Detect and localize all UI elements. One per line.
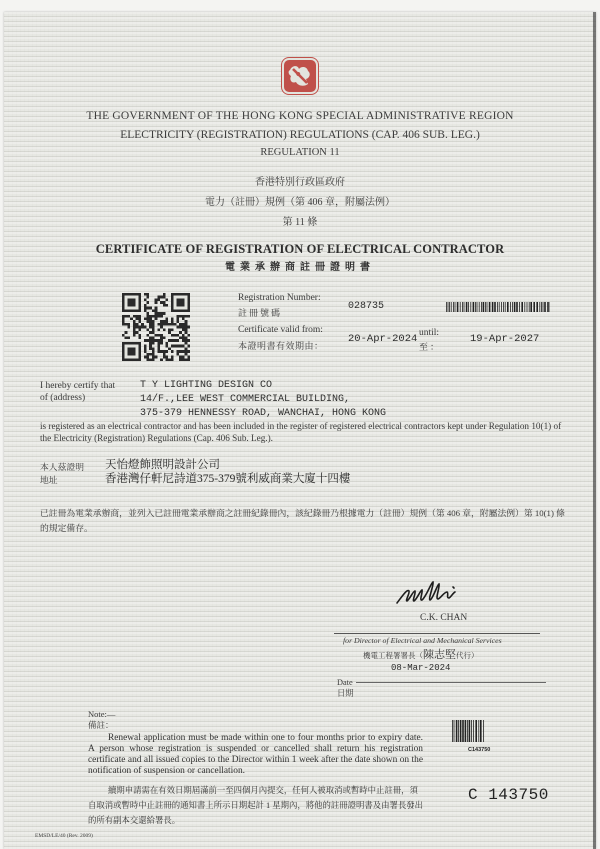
signatory-title-zh-suffix: 代行） (456, 651, 479, 660)
certify-labels-zh: 本人茲證明 地址 (40, 461, 84, 487)
regulation-heading-zh: 第 11 條 (0, 213, 600, 228)
date-line (356, 682, 546, 683)
issue-date: 08-Mar-2024 (391, 663, 450, 673)
ordinance-heading-zh: 電力（註冊）規例（第 406 章，附屬法例） (0, 193, 600, 208)
registration-number-label-zh: 註冊號碼 (238, 306, 282, 319)
date-labels: Date 日期 (337, 677, 354, 699)
valid-from-label-zh: 本證明書有效期由： (238, 339, 324, 352)
certify-label-zh: 本人茲證明 (40, 461, 84, 474)
signatory-title: for Director of Electrical and Mechanica… (343, 636, 502, 645)
registration-statement-zh: 已註冊為電業承辦商，並列入已註冊電業承辦商之註冊紀錄冊內，該紀錄冊乃根據電力（註… (40, 506, 565, 536)
note-text-zh: 續期申請需在有效日期屆滿前一至四個月內提交，任何人被取消或暫時中止註冊，須自取消… (88, 783, 423, 828)
ordinance-heading: ELECTRICITY (REGISTRATION) REGULATIONS (… (0, 129, 600, 141)
signatory-title-zh: 機電工程署署長（陳志堅代行） (363, 646, 479, 662)
until-label: until: (419, 328, 439, 338)
signatory-name-zh: 陳志堅 (423, 649, 456, 661)
barcode-icon (446, 302, 550, 312)
regulation-heading: REGULATION 11 (0, 147, 600, 158)
address-label-zh: 地址 (40, 474, 84, 487)
address-label: of (address) (40, 392, 115, 404)
serial-barcode-icon (452, 720, 485, 742)
valid-from-label: Certificate valid from: (238, 325, 323, 335)
serial-number-small: C143750 (468, 747, 490, 753)
company-name: T Y LIGHTING DESIGN CO (140, 379, 386, 393)
certificate-title: CERTIFICATE OF REGISTRATION OF ELECTRICA… (0, 242, 600, 257)
company-name-zh: 天怡燈飾照明設計公司 (105, 458, 350, 472)
valid-until-date: 19-Apr-2027 (470, 333, 539, 345)
until-label-zh: 至： (419, 340, 441, 353)
date-label-zh: 日期 (337, 688, 354, 699)
signatory-name: C.K. CHAN (420, 613, 467, 623)
address-zh: 香港灣仔軒尼詩道375-379號利威商業大廈十四樓 (105, 472, 350, 486)
certify-labels: I hereby certify that of (address) (40, 380, 115, 404)
emsd-logo-icon (282, 58, 318, 94)
certificate-title-zh: 電業承辦商註冊證明書 (0, 258, 600, 273)
date-label: Date (337, 677, 354, 688)
signature-icon (395, 579, 467, 607)
qr-code-icon[interactable] (122, 293, 190, 361)
note-label: Note:— (88, 709, 115, 720)
signatory-title-zh-prefix: 機電工程署署長（ (363, 651, 423, 660)
note-text: Renewal application must be made within … (88, 733, 423, 777)
certify-label: I hereby certify that (40, 380, 115, 392)
note-text-zh-content: 續期申請需在有效日期屆滿前一至四個月內提交，任何人被取消或暫時中止註冊，須自取消… (88, 786, 423, 825)
registration-number-label: Registration Number: (238, 293, 321, 303)
contractor-details: T Y LIGHTING DESIGN CO 14/F.,LEE WEST CO… (140, 379, 386, 421)
registration-number: 028735 (348, 301, 384, 312)
government-heading: THE GOVERNMENT OF THE HONG KONG SPECIAL … (0, 110, 600, 122)
note-labels: Note:— 備註： (88, 709, 115, 731)
form-code: EMSD/LE/40 (Rev. 2009) (35, 833, 93, 839)
address-line-1: 14/F.,LEE WEST COMMERCIAL BUILDING, (140, 393, 386, 407)
note-label-zh: 備註： (88, 720, 115, 731)
signature-line (334, 633, 540, 634)
contractor-details-zh: 天怡燈飾照明設計公司 香港灣仔軒尼詩道375-379號利威商業大廈十四樓 (105, 458, 350, 486)
registration-statement: is registered as an electrical contracto… (40, 421, 565, 444)
serial-number: C 143750 (468, 786, 549, 804)
note-text-content: Renewal application must be made within … (88, 733, 423, 776)
government-heading-zh: 香港特別行政區政府 (0, 173, 600, 188)
valid-from-date: 20-Apr-2024 (348, 333, 417, 345)
address-line-2: 375-379 HENNESSY ROAD, WANCHAI, HONG KON… (140, 407, 386, 421)
